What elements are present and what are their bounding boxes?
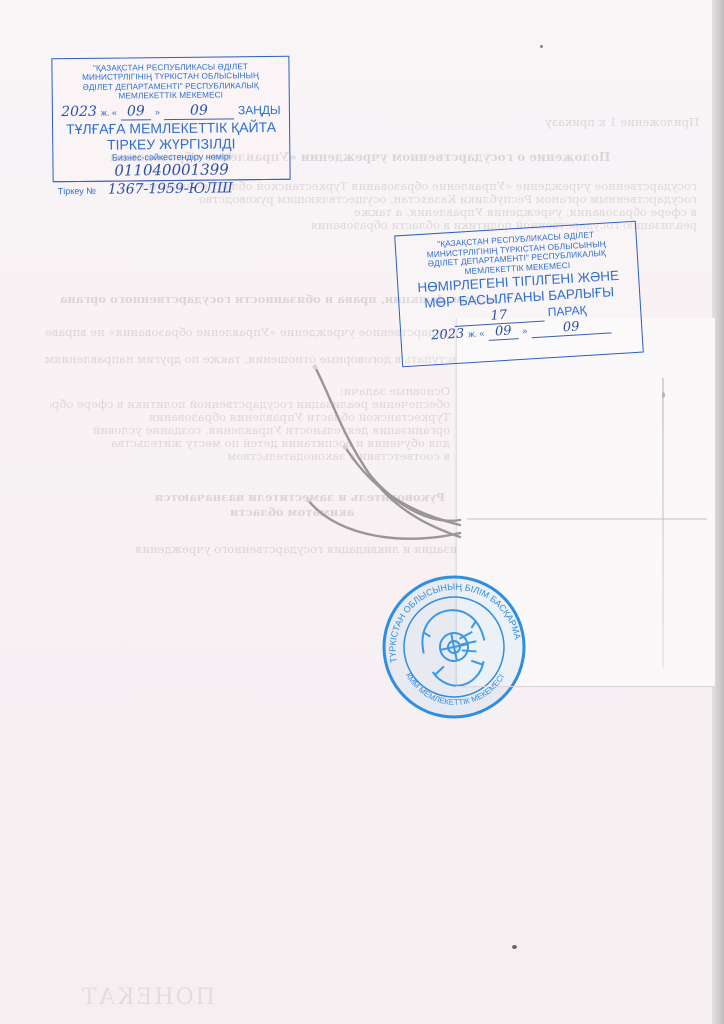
paper-crease: [662, 378, 664, 668]
stamp-day: 09: [164, 102, 234, 120]
bleed-through-signature: ПОНЕКАТ: [80, 985, 215, 1010]
stamp-month: 09: [488, 324, 519, 342]
flap-edge: [456, 686, 714, 687]
scan-speck: [662, 392, 665, 398]
stamp-org-name: "ҚАЗАҚСТАН РЕСПУБЛИКАСЫ ӘДІЛЕТ МИНИСТРЛІ…: [52, 62, 288, 102]
bin-number: 011040001399: [53, 159, 289, 179]
paper-crease: [467, 518, 707, 520]
bleed-through-heading: Приложение 1 к приказу: [545, 115, 699, 129]
stamp-year: 2023: [61, 103, 97, 119]
stamp-year: 2023: [431, 327, 465, 344]
scan-speck: [540, 45, 543, 48]
stamp-day: 09: [531, 318, 612, 339]
registration-number-row: Тіркеу № 1367-1959-ЮЛШ: [54, 178, 290, 197]
round-seal: ТҮРКІСТАН ОБЛЫСЫНЫҢ БІЛІМ БАСҚАРМАСЫ КММ…: [373, 572, 535, 722]
stamp-month: 09: [121, 103, 151, 120]
binding-stamp: "ҚАЗАҚСТАН РЕСПУБЛИКАСЫ ӘДІЛЕТ МИНИСТРЛІ…: [394, 221, 644, 368]
registration-stamp: "ҚАЗАҚСТАН РЕСПУБЛИКАСЫ ӘДІЛЕТ МИНИСТРЛІ…: [51, 56, 290, 182]
scan-speck: [512, 945, 517, 949]
registration-number: 1367-1959-ЮЛШ: [108, 180, 233, 197]
stamp-title: ТҰЛҒАҒА МЕМЛЕКЕТТІК ҚАЙТА: [53, 118, 289, 136]
binding-thread: [300, 355, 500, 555]
